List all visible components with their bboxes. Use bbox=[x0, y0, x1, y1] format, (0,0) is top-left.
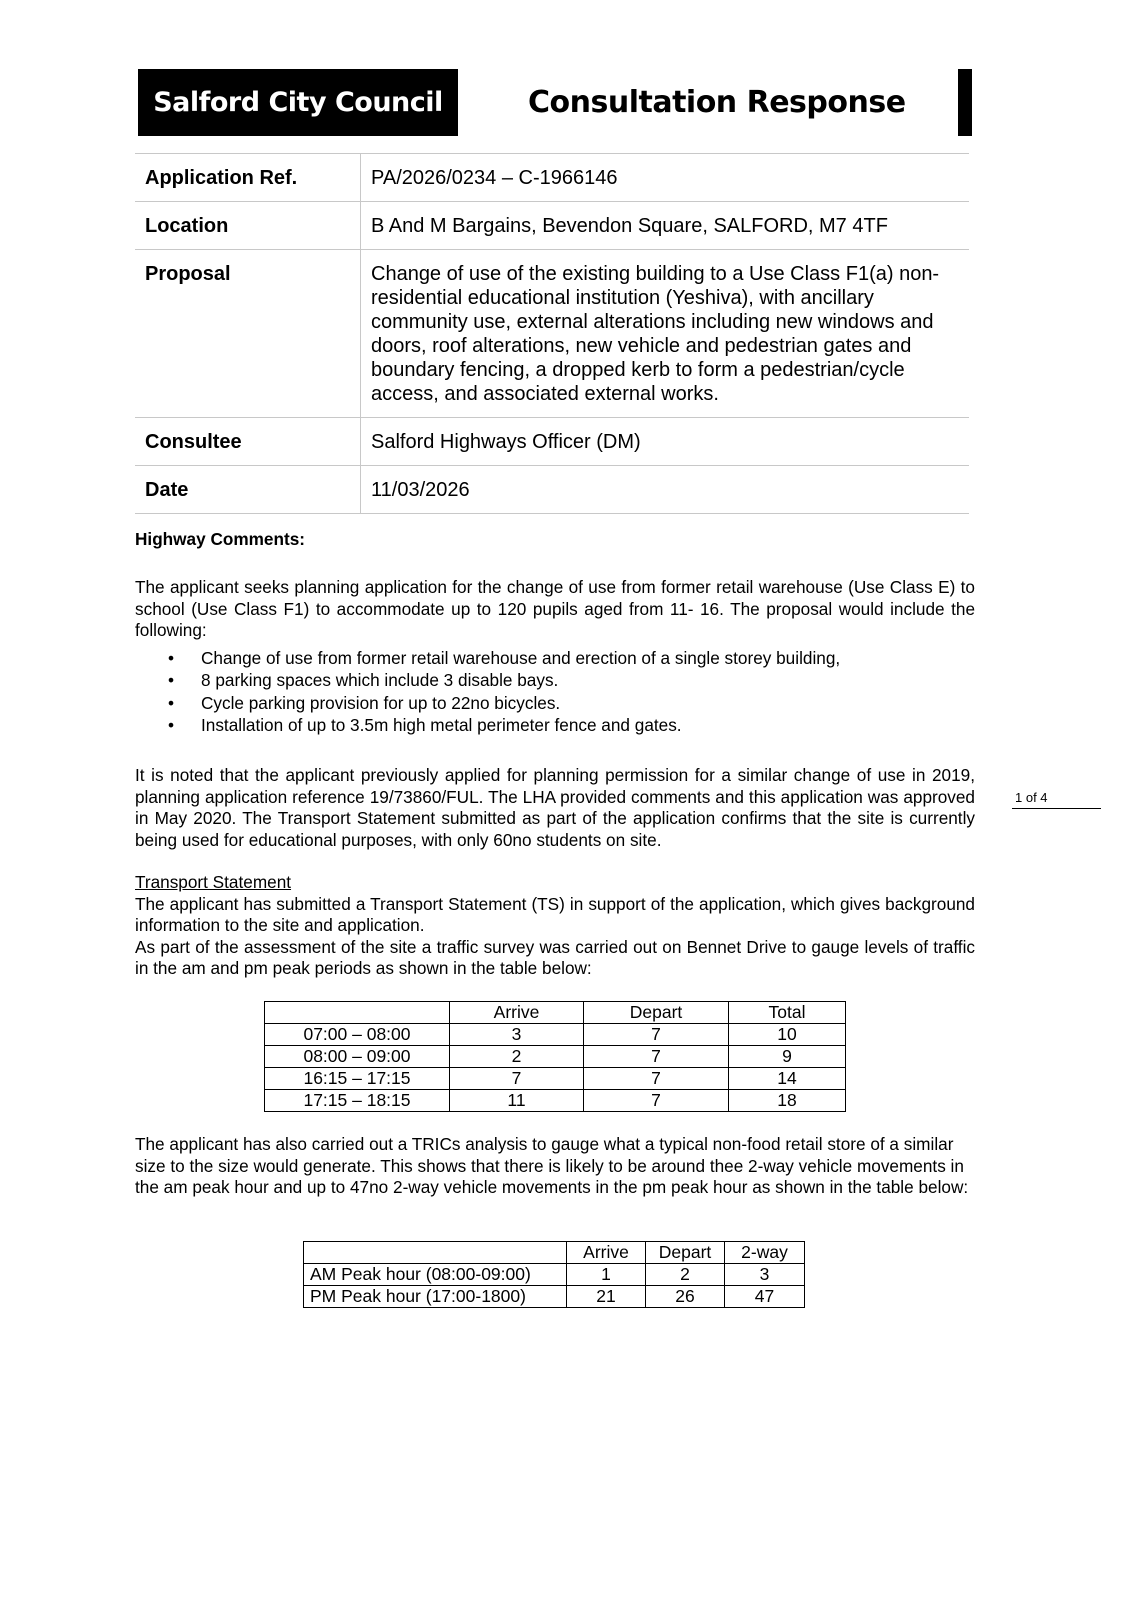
info-row-location: Location B And M Bargains, Bevendon Squa… bbox=[135, 202, 969, 250]
info-value: Change of use of the existing building t… bbox=[361, 250, 970, 418]
info-value: 11/03/2026 bbox=[361, 466, 970, 514]
table-cell: 08:00 – 09:00 bbox=[265, 1046, 450, 1068]
table-header-cell: Depart bbox=[646, 1242, 725, 1264]
info-label: Date bbox=[135, 466, 361, 514]
list-item: 8 parking spaces which include 3 disable… bbox=[201, 669, 975, 692]
info-label: Application Ref. bbox=[135, 154, 361, 202]
table-cell: 9 bbox=[729, 1046, 846, 1068]
table-cell: 47 bbox=[725, 1286, 805, 1308]
intro-paragraph: The applicant seeks planning application… bbox=[135, 577, 975, 642]
table-row: PM Peak hour (17:00-1800) 21 26 47 bbox=[304, 1286, 805, 1308]
table-cell: 3 bbox=[725, 1264, 805, 1286]
table-cell: 2 bbox=[450, 1046, 584, 1068]
table-cell: 2 bbox=[646, 1264, 725, 1286]
info-value: PA/2026/0234 – C-1966146 bbox=[361, 154, 970, 202]
list-item: Change of use from former retail warehou… bbox=[201, 647, 975, 670]
header-bar-decoration bbox=[958, 69, 972, 136]
info-label: Consultee bbox=[135, 418, 361, 466]
transport-statement-section: Transport Statement The applicant has su… bbox=[135, 872, 975, 980]
page-number: 1 of 4 bbox=[1012, 790, 1101, 809]
traffic-survey-paragraph: As part of the assessment of the site a … bbox=[135, 937, 975, 980]
table-cell: 7 bbox=[450, 1068, 584, 1090]
transport-statement-paragraph: The applicant has submitted a Transport … bbox=[135, 894, 975, 937]
table-cell: 7 bbox=[584, 1046, 729, 1068]
table-header-cell: 2-way bbox=[725, 1242, 805, 1264]
table-cell: 10 bbox=[729, 1024, 846, 1046]
table-cell: 14 bbox=[729, 1068, 846, 1090]
table-header-cell: Arrive bbox=[567, 1242, 646, 1264]
highway-comments-heading: Highway Comments: bbox=[135, 529, 975, 551]
info-row-consultee: Consultee Salford Highways Officer (DM) bbox=[135, 418, 969, 466]
trics-paragraph: The applicant has also carried out a TRI… bbox=[135, 1134, 975, 1199]
info-value: B And M Bargains, Bevendon Square, SALFO… bbox=[361, 202, 970, 250]
info-label: Location bbox=[135, 202, 361, 250]
table-cell: 16:15 – 17:15 bbox=[265, 1068, 450, 1090]
list-item: Cycle parking provision for up to 22no b… bbox=[201, 692, 975, 715]
info-label: Proposal bbox=[135, 250, 361, 418]
info-row-date: Date 11/03/2026 bbox=[135, 466, 969, 514]
table-cell: 3 bbox=[450, 1024, 584, 1046]
table-cell: 7 bbox=[584, 1090, 729, 1112]
list-item: Installation of up to 3.5m high metal pe… bbox=[201, 714, 975, 737]
trics-table: Arrive Depart 2-way AM Peak hour (08:00-… bbox=[303, 1241, 805, 1308]
table-header-cell bbox=[304, 1242, 567, 1264]
table-row: 16:15 – 17:15 7 7 14 bbox=[265, 1068, 846, 1090]
traffic-survey-table: Arrive Depart Total 07:00 – 08:00 3 7 10… bbox=[264, 1001, 846, 1112]
table-header-cell bbox=[265, 1002, 450, 1024]
table-header-cell: Total bbox=[729, 1002, 846, 1024]
proposal-bullet-list: Change of use from former retail warehou… bbox=[135, 647, 975, 737]
table-row: 08:00 – 09:00 2 7 9 bbox=[265, 1046, 846, 1068]
table-header-cell: Arrive bbox=[450, 1002, 584, 1024]
application-info-table: Application Ref. PA/2026/0234 – C-196614… bbox=[135, 153, 969, 514]
table-cell: 1 bbox=[567, 1264, 646, 1286]
table-cell: 18 bbox=[729, 1090, 846, 1112]
table-cell: 7 bbox=[584, 1024, 729, 1046]
history-paragraph: It is noted that the applicant previousl… bbox=[135, 765, 975, 851]
transport-statement-heading: Transport Statement bbox=[135, 872, 975, 894]
document-title: Consultation Response bbox=[528, 69, 906, 136]
council-logo: Salford City Council bbox=[138, 69, 458, 136]
table-cell: 11 bbox=[450, 1090, 584, 1112]
table-cell: 7 bbox=[584, 1068, 729, 1090]
table-cell: 17:15 – 18:15 bbox=[265, 1090, 450, 1112]
table-row: AM Peak hour (08:00-09:00) 1 2 3 bbox=[304, 1264, 805, 1286]
table-header-row: Arrive Depart 2-way bbox=[304, 1242, 805, 1264]
table-cell: 26 bbox=[646, 1286, 725, 1308]
info-row-application-ref: Application Ref. PA/2026/0234 – C-196614… bbox=[135, 154, 969, 202]
table-cell: PM Peak hour (17:00-1800) bbox=[304, 1286, 567, 1308]
table-cell: 21 bbox=[567, 1286, 646, 1308]
table-row: 07:00 – 08:00 3 7 10 bbox=[265, 1024, 846, 1046]
intro-section: The applicant seeks planning application… bbox=[135, 577, 975, 737]
info-row-proposal: Proposal Change of use of the existing b… bbox=[135, 250, 969, 418]
document-header: Salford City Council Consultation Respon… bbox=[138, 69, 972, 136]
info-value: Salford Highways Officer (DM) bbox=[361, 418, 970, 466]
table-row: 17:15 – 18:15 11 7 18 bbox=[265, 1090, 846, 1112]
table-cell: AM Peak hour (08:00-09:00) bbox=[304, 1264, 567, 1286]
table-cell: 07:00 – 08:00 bbox=[265, 1024, 450, 1046]
table-header-cell: Depart bbox=[584, 1002, 729, 1024]
table-header-row: Arrive Depart Total bbox=[265, 1002, 846, 1024]
